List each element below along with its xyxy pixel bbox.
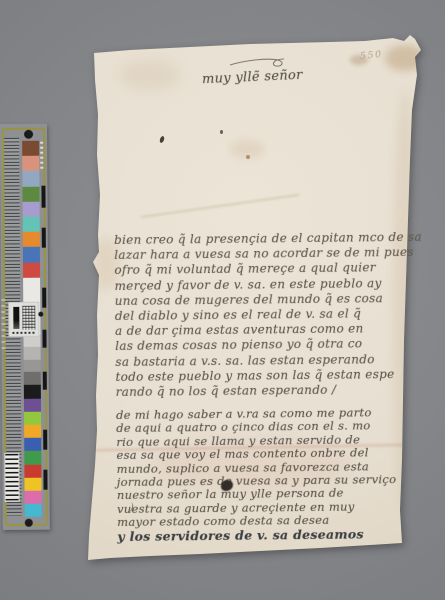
color-patch [23, 247, 40, 262]
color-patch [24, 478, 41, 491]
paper-stain [385, 45, 425, 71]
color-patch [25, 491, 42, 504]
color-patch [22, 141, 39, 156]
color-patch [24, 398, 41, 411]
edge-dash [43, 470, 47, 490]
barcode-label [4, 453, 19, 502]
edge-dash [41, 186, 45, 208]
grayscale-patch [24, 359, 41, 372]
grayscale-patch [24, 384, 41, 398]
density-wedge-label [8, 302, 39, 337]
grayscale-patch [23, 277, 40, 301]
edge-dash [42, 288, 46, 308]
color-patch [22, 156, 39, 171]
color-patch [24, 412, 41, 425]
color-calibration-strip [0, 124, 50, 530]
color-patch [22, 171, 39, 186]
color-patch [24, 464, 41, 477]
invocation-cross-icon [228, 53, 290, 69]
edge-dash [42, 228, 46, 248]
grayscale-patch [24, 347, 41, 360]
paper-crease [141, 194, 300, 218]
letter-line: una cosa de mugeres del mundo q̃ es cosa [115, 291, 427, 309]
color-patch [23, 262, 40, 277]
color-patch [24, 425, 41, 438]
paper-stain [120, 60, 180, 90]
color-patch [25, 504, 42, 517]
micro-test-grid [22, 306, 35, 330]
folio-number-annotation: 550 [359, 49, 383, 62]
density-wedge [13, 307, 19, 329]
color-patch [23, 217, 40, 232]
color-patch [23, 201, 40, 216]
archival-photo-background: muy yllẽ señor 550 bien creo q̃ la prese… [0, 0, 445, 600]
sticker-fine-print [12, 332, 35, 334]
color-patch [23, 232, 40, 247]
ink-speck [246, 155, 250, 159]
color-patch [22, 186, 39, 201]
strip-side-marking [40, 142, 43, 172]
letter-paragraph-1: bien creo q̃ la presençia de el capitan … [114, 230, 428, 400]
grayscale-patch [24, 372, 41, 385]
sticker-side-dot [38, 312, 43, 317]
registration-dot-bottom [25, 519, 33, 527]
color-patch [24, 438, 41, 451]
edge-dash [43, 372, 47, 390]
ink-speck [220, 130, 223, 134]
strip-edge-label [1, 299, 5, 351]
color-patch [24, 451, 41, 464]
edge-dash [42, 330, 46, 348]
edge-dash [43, 430, 47, 450]
registration-dot-top [24, 130, 33, 139]
ink-speck [159, 136, 165, 144]
letter-paragraph-2: de mi hago saber a v.ra sa como me parto… [116, 406, 429, 543]
